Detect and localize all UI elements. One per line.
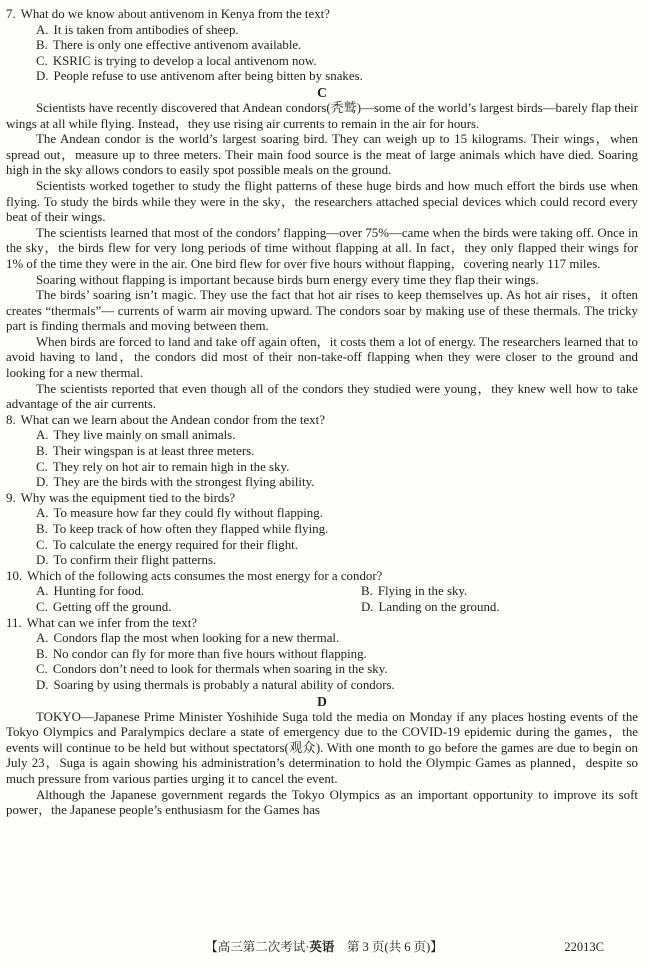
option-label: A. xyxy=(36,584,49,598)
footer-title-left: 【高三第二次考试· xyxy=(205,940,309,954)
option-label: B. xyxy=(36,647,48,661)
question-7-option-a: A.It is taken from antibodies of sheep. xyxy=(6,23,638,39)
option-text: Flying in the sky. xyxy=(378,584,467,598)
page-content: 7.What do we know about antivenom in Ken… xyxy=(0,0,648,819)
option-label: B. xyxy=(36,522,48,536)
option-text: There is only one effective antivenom av… xyxy=(53,38,302,52)
question-text: What can we learn about the Andean condo… xyxy=(21,413,325,427)
question-9-option-a: A.To measure how far they could fly with… xyxy=(6,506,638,522)
question-11: 11.What can we infer from the text? A.Co… xyxy=(6,616,638,694)
question-10-option-b: B.Flying in the sky. xyxy=(361,584,638,600)
question-text: Why was the equipment tied to the birds? xyxy=(21,491,235,505)
footer-page-number: 第 3 页(共 6 页)】 xyxy=(334,940,442,954)
option-label: C. xyxy=(36,54,48,68)
question-10-option-d: D.Landing on the ground. xyxy=(361,600,638,616)
exam-page: { "questions": { "q7": { "number": "7.",… xyxy=(0,0,648,969)
option-label: A. xyxy=(36,631,49,645)
option-text: To confirm their flight patterns. xyxy=(54,553,217,567)
question-10-stem: 10.Which of the following acts consumes … xyxy=(6,569,638,585)
option-text: They rely on hot air to remain high in t… xyxy=(53,460,290,474)
question-10-option-row-1: A.Hunting for food. B.Flying in the sky. xyxy=(6,584,638,600)
option-label: D. xyxy=(36,475,49,489)
question-9: 9.Why was the equipment tied to the bird… xyxy=(6,491,638,569)
option-text: KSRIC is trying to develop a local antiv… xyxy=(53,54,317,68)
option-text: Condors flap the most when looking for a… xyxy=(54,631,340,645)
question-11-option-b: B.No condor can fly for more than five h… xyxy=(6,647,638,663)
question-number: 9. xyxy=(6,491,16,505)
option-label: A. xyxy=(36,506,49,520)
question-11-option-d: D.Soaring by using thermals is probably … xyxy=(6,678,638,694)
question-10-option-a: A.Hunting for food. xyxy=(36,584,361,600)
question-7-stem: 7.What do we know about antivenom in Ken… xyxy=(6,7,638,23)
question-text: Which of the following acts consumes the… xyxy=(27,569,382,583)
option-text: To keep track of how often they flapped … xyxy=(53,522,328,536)
passage-c-paragraph-3: Scientists worked together to study the … xyxy=(6,179,638,226)
passage-c-label: C xyxy=(6,85,638,101)
passage-c-paragraph-2: The Andean condor is the world’s largest… xyxy=(6,132,638,179)
question-number: 8. xyxy=(6,413,16,427)
question-10-option-c: C.Getting off the ground. xyxy=(36,600,361,616)
passage-c-paragraph-4: The scientists learned that most of the … xyxy=(6,226,638,273)
footer-subject: 英语 xyxy=(309,940,334,954)
passage-c-paragraph-5: Soaring without flapping is important be… xyxy=(6,273,638,289)
option-text: To calculate the energy required for the… xyxy=(53,538,298,552)
option-text: Condors don’t need to look for thermals … xyxy=(53,662,388,676)
question-10: 10.Which of the following acts consumes … xyxy=(6,569,638,616)
question-8: 8.What can we learn about the Andean con… xyxy=(6,413,638,491)
question-number: 7. xyxy=(6,7,16,21)
question-number: 10. xyxy=(6,569,22,583)
option-text: Landing on the ground. xyxy=(379,600,500,614)
question-9-stem: 9.Why was the equipment tied to the bird… xyxy=(6,491,638,507)
option-label: C. xyxy=(36,538,48,552)
passage-c-paragraph-1: Scientists have recently discovered that… xyxy=(6,101,638,132)
question-text: What can we infer from the text? xyxy=(27,616,197,630)
option-label: D. xyxy=(36,553,49,567)
option-label: C. xyxy=(36,600,48,614)
question-11-option-a: A.Condors flap the most when looking for… xyxy=(6,631,638,647)
option-label: C. xyxy=(36,460,48,474)
question-number: 11. xyxy=(6,616,22,630)
question-text: What do we know about antivenom in Kenya… xyxy=(21,7,330,21)
question-8-option-b: B.Their wingspan is at least three meter… xyxy=(6,444,638,460)
question-8-stem: 8.What can we learn about the Andean con… xyxy=(6,413,638,429)
option-label: C. xyxy=(36,662,48,676)
option-label: B. xyxy=(36,38,48,52)
option-label: D. xyxy=(36,678,49,692)
passage-c-paragraph-8: The scientists reported that even though… xyxy=(6,382,638,413)
option-text: No condor can fly for more than five hou… xyxy=(53,647,367,661)
passage-c-paragraph-6: The birds’ soaring isn’t magic. They use… xyxy=(6,288,638,335)
passage-c-paragraph-7: When birds are forced to land and take o… xyxy=(6,335,638,382)
question-8-option-c: C.They rely on hot air to remain high in… xyxy=(6,460,638,476)
question-11-stem: 11.What can we infer from the text? xyxy=(6,616,638,632)
option-label: B. xyxy=(36,444,48,458)
question-7: 7.What do we know about antivenom in Ken… xyxy=(6,7,638,85)
option-label: D. xyxy=(36,69,49,83)
question-8-option-d: D.They are the birds with the strongest … xyxy=(6,475,638,491)
page-footer: 【高三第二次考试·英语 第 3 页(共 6 页)】 22013C xyxy=(0,938,648,956)
option-text: Hunting for food. xyxy=(54,584,145,598)
option-text: They live mainly on small animals. xyxy=(54,428,236,442)
option-text: To measure how far they could fly withou… xyxy=(54,506,323,520)
question-8-option-a: A.They live mainly on small animals. xyxy=(6,428,638,444)
question-9-option-c: C.To calculate the energy required for t… xyxy=(6,538,638,554)
passage-d-label: D xyxy=(6,694,638,710)
question-7-option-b: B.There is only one effective antivenom … xyxy=(6,38,638,54)
passage-d-paragraph-2: Although the Japanese government regards… xyxy=(6,788,638,819)
option-label: A. xyxy=(36,428,49,442)
question-7-option-d: D.People refuse to use antivenom after b… xyxy=(6,69,638,85)
option-text: Getting off the ground. xyxy=(53,600,172,614)
option-text: People refuse to use antivenom after bei… xyxy=(54,69,363,83)
option-text: They are the birds with the strongest fl… xyxy=(54,475,315,489)
question-11-option-c: C.Condors don’t need to look for thermal… xyxy=(6,662,638,678)
option-text: It is taken from antibodies of sheep. xyxy=(54,23,239,37)
option-label: A. xyxy=(36,23,49,37)
question-9-option-b: B.To keep track of how often they flappe… xyxy=(6,522,638,538)
option-text: Soaring by using thermals is probably a … xyxy=(54,678,395,692)
passage-d-paragraph-1: TOKYO—Japanese Prime Minister Yoshihide … xyxy=(6,710,638,788)
question-10-option-row-2: C.Getting off the ground. D.Landing on t… xyxy=(6,600,638,616)
option-label: B. xyxy=(361,584,373,598)
footer-exam-title: 【高三第二次考试·英语 第 3 页(共 6 页)】 xyxy=(205,940,443,954)
footer-paper-code: 22013C xyxy=(564,938,604,956)
option-text: Their wingspan is at least three meters. xyxy=(53,444,255,458)
option-label: D. xyxy=(361,600,374,614)
question-9-option-d: D.To confirm their flight patterns. xyxy=(6,553,638,569)
question-7-option-c: C.KSRIC is trying to develop a local ant… xyxy=(6,54,638,70)
